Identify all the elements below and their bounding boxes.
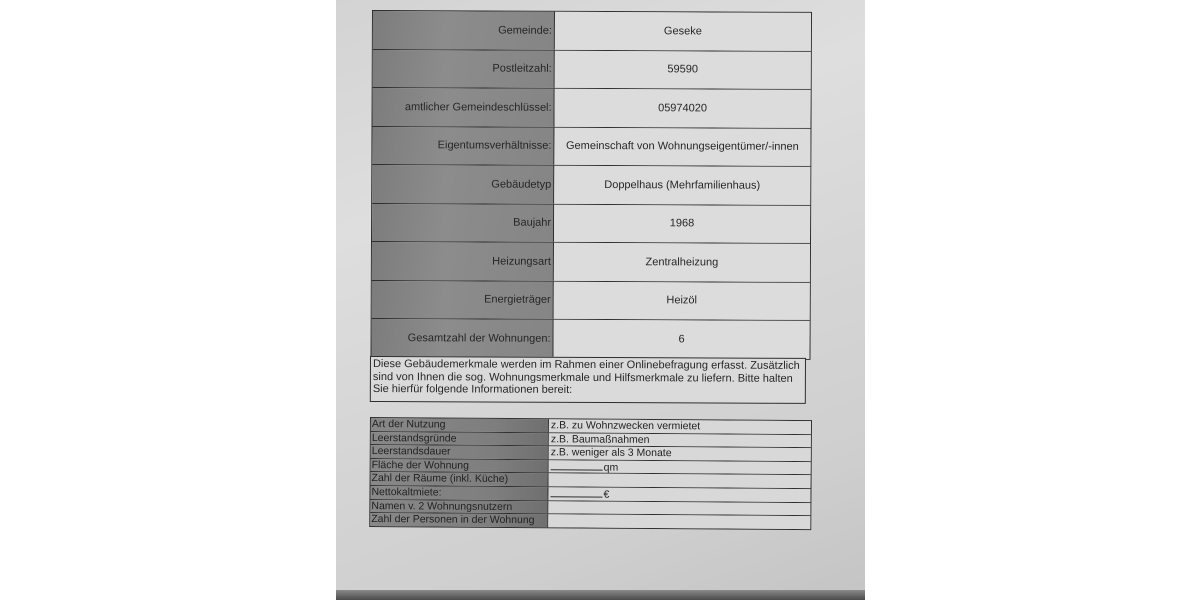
field-value: z.B. zu Wohnzwecken vermietet bbox=[549, 419, 811, 433]
field-value: 6 bbox=[553, 320, 809, 359]
field-value: 59590 bbox=[555, 50, 811, 89]
field-label: Art der Nutzung bbox=[371, 418, 549, 432]
field-label: Heizungsart bbox=[372, 242, 554, 280]
field-value: 05974020 bbox=[554, 89, 810, 128]
table-row: Baujahr 1968 bbox=[372, 204, 810, 244]
table-row: Gebäudetyp Doppelhaus (Mehrfamilienhaus) bbox=[372, 165, 810, 205]
field-label: Eigentumsverhältnisse: bbox=[372, 127, 554, 165]
field-label: Nettokaltmiete: bbox=[370, 486, 548, 500]
field-value: Gemeinschaft von Wohnungseigentümer/-inn… bbox=[554, 127, 810, 166]
table-row: Eigentumsverhältnisse: Gemeinschaft von … bbox=[372, 127, 810, 167]
field-value: z.B. weniger als 3 Monate bbox=[549, 446, 811, 460]
field-label: Leerstandsdauer bbox=[371, 445, 549, 459]
apartment-characteristics-table: Art der Nutzung z.B. zu Wohnzwecken verm… bbox=[369, 417, 812, 530]
table-row: Energieträger Heizöl bbox=[372, 281, 810, 321]
field-value: z.B. Baumaßnahmen bbox=[549, 433, 811, 447]
field-value: Zentralheizung bbox=[554, 243, 810, 282]
field-value: qm bbox=[549, 460, 811, 474]
field-label: Baujahr bbox=[372, 204, 554, 242]
document-photo: Gemeinde: Geseke Postleitzahl: 59590 amt… bbox=[336, 0, 865, 600]
notice-box: Diese Gebäudemerkmale werden im Rahmen e… bbox=[370, 356, 806, 404]
blank-fill-line bbox=[551, 460, 603, 470]
field-label: Namen v. 2 Wohnungsnutzern bbox=[370, 500, 548, 514]
field-label: Fläche der Wohnung bbox=[371, 459, 549, 473]
field-value: Geseke bbox=[555, 12, 811, 51]
field-value bbox=[548, 501, 810, 515]
field-label: Leerstandsgründe bbox=[371, 432, 549, 446]
field-value: 1968 bbox=[554, 204, 810, 243]
table-row: Gemeinde: Geseke bbox=[373, 11, 811, 51]
field-label: Gesamtzahl der Wohnungen: bbox=[371, 319, 553, 357]
blank-fill-line bbox=[550, 487, 602, 497]
table-surface-shadow bbox=[336, 590, 865, 600]
field-label: Gemeinde: bbox=[373, 11, 555, 49]
unit-label: qm bbox=[604, 461, 619, 473]
field-label: Energieträger bbox=[372, 281, 554, 319]
table-row: Zahl der Personen in der Wohnung bbox=[370, 513, 810, 529]
field-value: Heizöl bbox=[554, 281, 810, 320]
field-label: amtlicher Gemeindeschlüssel: bbox=[372, 88, 554, 126]
field-label: Gebäudetyp bbox=[372, 165, 554, 203]
table-row: Postleitzahl: 59590 bbox=[373, 50, 811, 90]
table-row: Heizungsart Zentralheizung bbox=[372, 242, 810, 282]
field-label: Postleitzahl: bbox=[373, 50, 555, 88]
field-value bbox=[549, 474, 811, 488]
building-characteristics-table: Gemeinde: Geseke Postleitzahl: 59590 amt… bbox=[370, 10, 812, 359]
field-value bbox=[548, 514, 810, 528]
field-label: Zahl der Räume (inkl. Küche) bbox=[371, 472, 549, 486]
field-value: Doppelhaus (Mehrfamilienhaus) bbox=[554, 166, 810, 205]
unit-label: € bbox=[603, 489, 609, 501]
table-row: Gesamtzahl der Wohnungen: 6 bbox=[371, 319, 809, 358]
table-row: amtlicher Gemeindeschlüssel: 05974020 bbox=[372, 88, 810, 128]
field-label: Zahl der Personen in der Wohnung bbox=[370, 513, 548, 527]
field-value: € bbox=[548, 487, 810, 501]
